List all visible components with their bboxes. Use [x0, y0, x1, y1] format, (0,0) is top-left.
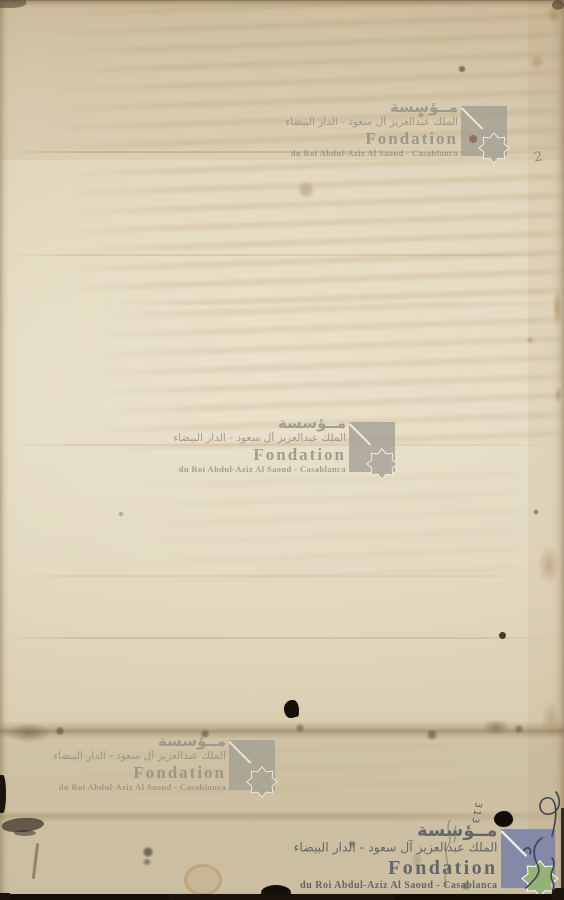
- watermark-text: مــؤسسة الملك عبدالعزيز آل سعود - الدار …: [51, 734, 226, 792]
- stain: [534, 538, 564, 592]
- watermark-latin-title: Fondation: [51, 765, 226, 781]
- foundation-logo: [229, 740, 275, 790]
- foundation-logo: [461, 106, 507, 156]
- eight-point-star-icon: [366, 448, 398, 480]
- foundation-watermark: مــؤسسة الملك عبدالعزيز آل سعود - الدار …: [291, 822, 555, 890]
- stain: [499, 632, 506, 639]
- bottom-edge: [0, 894, 564, 900]
- watermark-arabic-subtitle: الملك عبدالعزيز آل سعود - الدار البيضاء: [171, 432, 346, 445]
- logo-diagonal: [461, 107, 484, 130]
- stain: [478, 716, 514, 738]
- watermark-arabic-title: مــؤسسة: [283, 100, 458, 115]
- watermark-text: مــؤسسة الملك عبدالعزيز آل سعود - الدار …: [283, 100, 458, 158]
- handwritten-scribble: [536, 790, 564, 840]
- eight-point-star-icon: [246, 766, 278, 798]
- stain: [544, 0, 564, 28]
- handwritten-scribble: [438, 816, 462, 888]
- ink-blot: [293, 711, 299, 717]
- ink-smudge: [14, 830, 36, 836]
- stain: [0, 720, 58, 746]
- logo-diagonal: [229, 741, 252, 764]
- ink-smudge: [140, 856, 154, 868]
- watermark-arabic-title: مــؤسسة: [171, 416, 346, 431]
- paper-edge-shadow: [0, 0, 564, 1]
- corner-mark: [552, 888, 564, 900]
- watermark-latin-title: Fondation: [291, 859, 498, 878]
- watermark-arabic-subtitle: الملك عبدالعزيز آل سعود - الدار البيضاء: [283, 116, 458, 129]
- punch-hole: [494, 811, 513, 827]
- watermark-arabic-subtitle: الملك عبدالعزيز آل سعود - الدار البيضاء: [291, 841, 498, 856]
- ring-stain: [184, 864, 222, 896]
- logo-diagonal: [349, 423, 372, 446]
- watermark-arabic-subtitle: الملك عبدالعزيز آل سعود - الدار البيضاء: [51, 750, 226, 763]
- stain: [553, 383, 564, 407]
- edge-notch: [0, 775, 6, 813]
- eight-point-star-icon: [478, 132, 510, 164]
- watermark-latin-subtitle: du Roi Abdul-Aziz Al Saoud - Casablanca: [51, 783, 226, 792]
- foundation-watermark: مــؤسسة الملك عبدالعزيز آل سعود - الدار …: [51, 734, 275, 792]
- foundation-watermark: مــؤسسة الملك عبدالعزيز آل سعود - الدار …: [171, 416, 395, 474]
- stain: [469, 135, 477, 143]
- watermark-latin-title: Fondation: [171, 447, 346, 463]
- scanned-manuscript-page: مــؤسسة الملك عبدالعزيز آل سعود - الدار …: [0, 0, 564, 900]
- watermark-latin-title: Fondation: [283, 131, 458, 147]
- watermark-text: مــؤسسة الملك عبدالعزيز آل سعود - الدار …: [171, 416, 346, 474]
- watermark-latin-subtitle: du Roi Abdul-Aziz Al Saoud - Casablanca: [171, 465, 346, 474]
- foundation-watermark: مــؤسسة الملك عبدالعزيز آل سعود - الدار …: [283, 100, 507, 158]
- corner-mark: [0, 893, 10, 900]
- stain: [524, 334, 536, 346]
- stain: [551, 282, 564, 334]
- watermark-latin-subtitle: du Roi Abdul-Aziz Al Saoud - Casablanca: [291, 880, 498, 891]
- watermark-arabic-title: مــؤسسة: [291, 822, 498, 840]
- watermark-latin-subtitle: du Roi Abdul-Aziz Al Saoud - Casablanca: [283, 149, 458, 158]
- stain: [538, 694, 564, 744]
- watermark-arabic-title: مــؤسسة: [51, 734, 226, 749]
- foundation-logo: [349, 422, 395, 472]
